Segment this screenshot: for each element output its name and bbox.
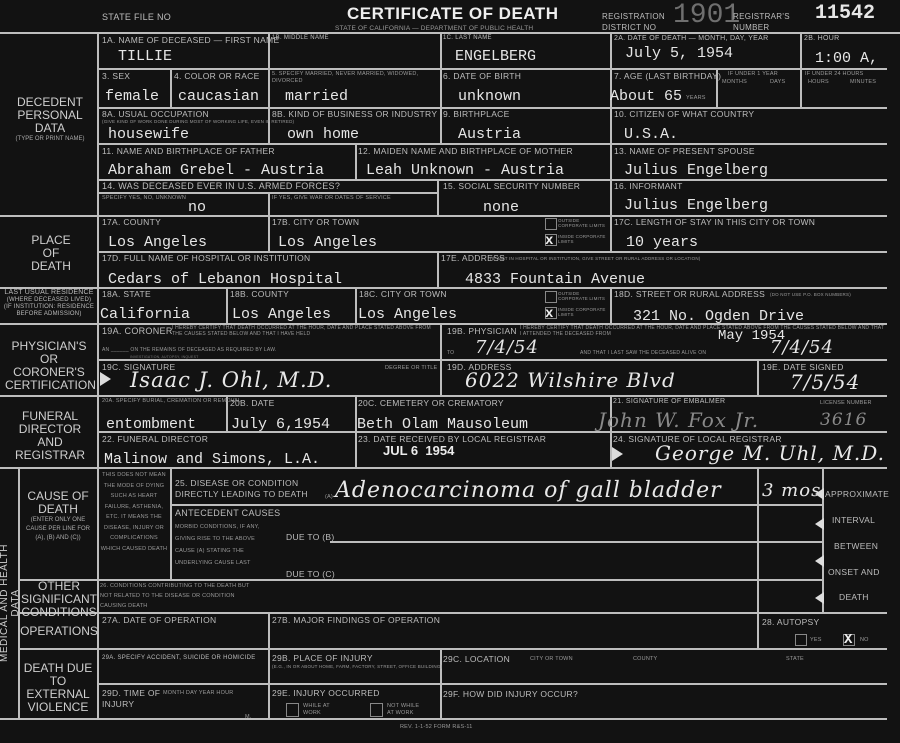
registrar-arrow-icon [612,447,623,461]
section-decedent-label: DECEDENT PERSONAL DATA [17,95,83,135]
coroner-label: 19a. CORONER [102,326,173,336]
section-last-residence-note: (WHERE DECEASED LIVED) (IF INSTITUTION: … [4,297,94,317]
injury-county-label: COUNTY [633,656,657,663]
registrar-number-label: REGISTRAR'S NUMBER [733,11,803,33]
father-value: Abraham Grebel - Austria [108,162,324,179]
res-county-value: Los Angeles [232,306,331,323]
section-decedent-note: (TYPE OR PRINT NAME) [10,135,90,144]
res-street-note: (DO NOT USE P.O. BOX NUMBERS) [770,291,851,298]
physician-to-value: 7/4/54 [475,337,539,358]
interval-label-4: ONSET AND [828,567,880,577]
section-cause-note: (ENTER ONLY ONE CAUSE PER LINE FOR (A), … [22,516,94,543]
section-cause: CAUSE OF DEATH (ENTER ONLY ONE CAUSE PER… [22,490,94,543]
injury-place-note: (E.G., IN OR ABOUT HOME, FARM, FACTORY, … [272,663,442,670]
antecedent-label: ANTECEDENT CAUSES [175,508,280,518]
armed-forces-value: no [188,199,206,216]
registrar-number-value: 11542 [815,2,875,25]
due-to-c-label: DUE TO (C) [286,569,335,579]
industry-label: 8b. KIND OF BUSINESS OR INDUSTRY [272,109,437,119]
injury-occurred-label: 29e. INJURY OCCURRED [272,688,380,698]
degree-title-label: DEGREE OR TITLE [385,365,437,372]
war-service-label: IF YES, GIVE WAR OR DATES OF SERVICE [272,195,391,202]
op-findings-label: 27b. MAJOR FINDINGS OF OPERATION [272,615,440,625]
injury-place-label: 29b. PLACE OF INJURY [272,653,373,663]
document-title: CERTIFICATE OF DEATH [347,4,558,24]
race-label: 4. COLOR OR RACE [174,71,260,81]
physician-to-label: TO [447,350,454,357]
document-subtitle: STATE OF CALIFORNIA — DEPARTMENT OF PUBL… [335,25,533,32]
death-county-label: 17a. COUNTY [102,217,161,227]
disposition-value: entombment [106,416,196,433]
not-while-at-work-label: NOT WHILE AT WORK [387,703,427,717]
race-value: caucasian [178,88,259,105]
death-county-value: Los Angeles [108,234,207,251]
burial-date-label: 20b. DATE [230,398,275,408]
res-city-label: 18c. CITY OR TOWN [359,289,447,299]
ssn-value: none [483,199,519,216]
disease-prefix: (A) [325,494,333,501]
industry-value: own home [287,126,359,143]
injury-location-label: 29c. LOCATION [443,654,510,664]
sex-label: 3. SEX [102,71,130,81]
res-city-value: Los Angeles [358,306,457,323]
section-violence: DEATH DUE TO EXTERNAL VIOLENCE [22,662,94,714]
injury-time-label: 29d. TIME OF INJURY [102,688,162,710]
middle-name-label: 1b. MIDDLE NAME [272,35,329,41]
date-of-death-value: July 5, 1954 [625,45,733,62]
hour-value: 1:00 A, [815,50,878,67]
res-outside-limits-checkbox[interactable] [545,291,557,303]
while-at-work-label: WHILE AT WORK [303,703,339,717]
section-last-residence: LAST USUAL RESIDENCE (WHERE DECEASED LIV… [2,289,96,318]
section-other: OTHER SIGNIFICANT CONDITIONS [20,580,98,619]
while-at-work-checkbox[interactable] [286,703,299,717]
marital-label: 5. SPECIFY MARRIED, NEVER MARRIED, WIDOW… [272,71,437,85]
autopsy-no-mark: X [844,632,852,648]
res-county-label: 18b. COUNTY [230,289,289,299]
res-inside-limits-label: INSIDE CORPORATE LIMITS [558,307,606,317]
informant-label: 16. INFORMANT [614,181,683,191]
under-24-hours: HOURS [808,79,829,86]
accident-label: 29a. SPECIFY ACCIDENT, SUICIDE OR HOMICI… [102,655,256,661]
under-year-label: IF UNDER 1 YEAR [728,71,778,78]
not-while-at-work-checkbox[interactable] [370,703,383,717]
section-last-residence-label: LAST USUAL RESIDENCE [4,289,93,296]
spouse-label: 13. NAME OF PRESENT SPOUSE [614,146,755,156]
res-street-label: 18d. STREET OR RURAL ADDRESS [614,289,765,299]
interval-arrow-b-icon [815,518,824,530]
injury-time-m: M. [245,714,252,721]
date-received-value: JUL 6 1954 [383,443,454,458]
burial-date-value: July 6,1954 [231,416,330,433]
age-unit: YEARS [686,95,706,102]
under-24-label: IF UNDER 24 HOURS [805,71,863,78]
physician-text: I HEREBY CERTIFY THAT DEATH OCCURRED AT … [520,325,885,337]
mother-value: Leah Unknown - Austria [366,162,564,179]
under-24-minutes: MINUTES [850,79,876,86]
registrar-signature: George M. Uhl, M.D. [655,441,885,465]
date-of-death-label: 2a. DATE OF DEATH — MONTH, DAY, YEAR [614,35,768,42]
autopsy-no-label: NO [860,637,869,644]
stay-label: 17c. LENGTH OF STAY IN THIS CITY OR TOWN [614,217,815,227]
informant-value: Julius Engelberg [624,197,768,214]
birthplace-value: Austria [458,126,521,143]
last-seen-label: AND THAT I LAST SAW THE DECEASED ALIVE O… [580,350,706,357]
inside-limits-mark: x [545,233,553,249]
coroner-note: INVESTIGATION, AUTOPSY, INQUEST [130,354,198,361]
embalmer-label: 21. SIGNATURE OF EMBALMER [613,398,725,405]
first-name-label: 1a. NAME OF DECEASED — FIRST NAME [102,35,279,45]
spouse-value: Julius Engelberg [624,162,768,179]
father-label: 11. NAME AND BIRTHPLACE OF FATHER [102,146,275,156]
hospital-value: Cedars of Lebanon Hospital [108,271,342,288]
section-decedent: DECEDENT PERSONAL DATA (TYPE OR PRINT NA… [10,96,90,144]
interval-label-2: INTERVAL [832,515,875,525]
injury-state-label: STATE [786,656,804,663]
injury-time-cols: MONTH DAY YEAR HOUR [163,690,233,697]
outside-limits-label: OUTSIDE CORPORATE LIMITS [558,218,606,228]
registration-district-label: REGISTRATION DISTRICT No [602,11,672,33]
coroner-text2: AN ______ ON THE REMAINS OF DECEASED AS … [102,347,277,354]
hospital-label: 17d. FULL NAME OF HOSPITAL OR INSTITUTIO… [102,253,310,263]
section-cause-label: CAUSE OF DEATH [27,489,88,516]
license-label: LICENSE NUMBER [820,400,872,407]
interval-value: 3 mos [762,480,821,501]
physician-label: 19b. PHYSICIAN [447,326,517,336]
outside-limits-checkbox[interactable] [545,218,557,230]
inside-limits-label: INSIDE CORPORATE LIMITS [558,234,606,244]
form-footer: REV. 1-1-52 FORM R&S-11 [400,724,472,731]
section-place-of-death: PLACE OF DEATH [22,234,80,273]
dob-value: unknown [458,88,521,105]
interval-label-5: DEATH [839,592,869,602]
last-seen-value: 7/4/54 [770,337,834,358]
res-state-label: 18a. STATE [102,289,151,299]
first-name-value: TILLIE [118,48,172,65]
section-operations: OPERATIONS [20,625,98,638]
interval-label-3: BETWEEN [834,541,878,551]
mother-label: 12. MAIDEN NAME AND BIRTHPLACE OF MOTHER [358,146,573,156]
age-label: 7. AGE (LAST BIRTHDAY) [614,71,721,81]
cause-mid-note: THIS DOES NOT MEAN THE MODE OF DYING SUC… [100,470,168,554]
occupation-note: (GIVE KIND OF WORK DONE DURING MOST OF W… [102,118,294,125]
coroner-text: I HEREBY CERTIFY THAT DEATH OCCURRED AT … [172,325,437,337]
cemetery-value: Beth Olam Mausoleum [357,416,528,433]
embalmer-license: 3616 [820,410,867,430]
birthplace-label: 9. BIRTHPLACE [443,109,510,119]
autopsy-yes-label: YES [810,637,822,644]
section-medical-side: MEDICAL AND HEALTH DATA [0,538,21,668]
registration-district-value: 1901 [673,0,740,31]
section-funeral: FUNERAL DIRECTOR AND REGISTRAR [15,410,85,462]
funeral-director-value: Malinow and Simons, L.A. [104,451,320,468]
citizen-value: U.S.A. [624,126,678,143]
antecedent-note: MORBID CONDITIONS, IF ANY, GIVING RISE T… [175,521,275,569]
contributing-label: 26. CONDITIONS CONTRIBUTING TO THE DEATH… [100,581,250,611]
injury-city-label: CITY OR TOWN [530,656,573,663]
res-inside-limits-mark: x [545,306,553,322]
death-address-value: 4833 Fountain Avenue [465,271,645,288]
under-year-days: DAYS [770,79,785,86]
disposition-label: 20a. SPECIFY BURIAL, CREMATION OR REMOVA… [102,398,241,405]
cemetery-label: 20c. CEMETERY OR CREMATORY [358,398,504,408]
armed-forces-label: 14. WAS DECEASED EVER IN U.S. ARMED FORC… [102,181,340,191]
disease-value: Adenocarcinoma of gall bladder [335,478,722,503]
death-city-label: 17b. CITY OR TOWN [272,217,359,227]
death-address-note: (IF NOT IN HOSPITAL OR INSTITUTION, GIVE… [490,255,701,262]
last-name-value: ENGELBERG [455,48,536,65]
interval-arrow-a-icon [815,488,824,500]
section-certification: PHYSICIAN'S OR CORONER'S CERTIFICATION [5,340,93,392]
phys-address-value: 6022 Wilshire Blvd [465,368,676,392]
under-year-months: MONTHS [722,79,747,86]
dob-label: 6. DATE OF BIRTH [443,71,521,81]
interval-label-1: APPROXIMATE [825,489,889,499]
res-state-value: California [100,306,190,323]
date-signed-value: 7/5/54 [790,370,860,394]
hour-label: 2b. HOUR [804,35,839,42]
stay-value: 10 years [626,234,698,251]
embalmer-signature: John W. Fox Jr. [598,408,759,432]
ssn-label: 15. SOCIAL SECURITY NUMBER [443,181,580,191]
res-outside-limits-label: OUTSIDE CORPORATE LIMITS [558,291,606,301]
marital-value: married [285,88,348,105]
interval-arrow-d-icon [815,592,824,604]
disease-label: 25. DISEASE OR CONDITION DIRECTLY LEADIN… [175,478,325,500]
signature-value: Isaac J. Ohl, M.D. [130,368,332,392]
autopsy-yes-checkbox[interactable] [795,634,807,646]
death-city-value: Los Angeles [278,234,377,251]
interval-arrow-c-icon [815,555,824,567]
due-to-b-label: DUE TO (B) [286,532,335,542]
occupation-value: housewife [108,126,189,143]
autopsy-label: 28. AUTOPSY [762,617,819,627]
funeral-director-label: 22. FUNERAL DIRECTOR [102,434,208,444]
state-file-label: STATE FILE No [102,12,171,22]
armed-forces-sublabel: SPECIFY YES, NO, UNKNOWN [102,195,186,202]
citizen-label: 10. CITIZEN OF WHAT COUNTRY [614,109,754,119]
signature-arrow-icon [100,372,111,386]
op-date-label: 27a. DATE OF OPERATION [102,615,216,625]
how-injury-label: 29f. HOW DID INJURY OCCUR? [443,689,578,699]
sex-value: female [105,88,159,105]
age-value: About 65 [610,88,682,105]
last-name-label: 1c. LAST NAME [443,35,492,41]
res-street-value: 321 No. Ogden Drive [633,308,804,325]
